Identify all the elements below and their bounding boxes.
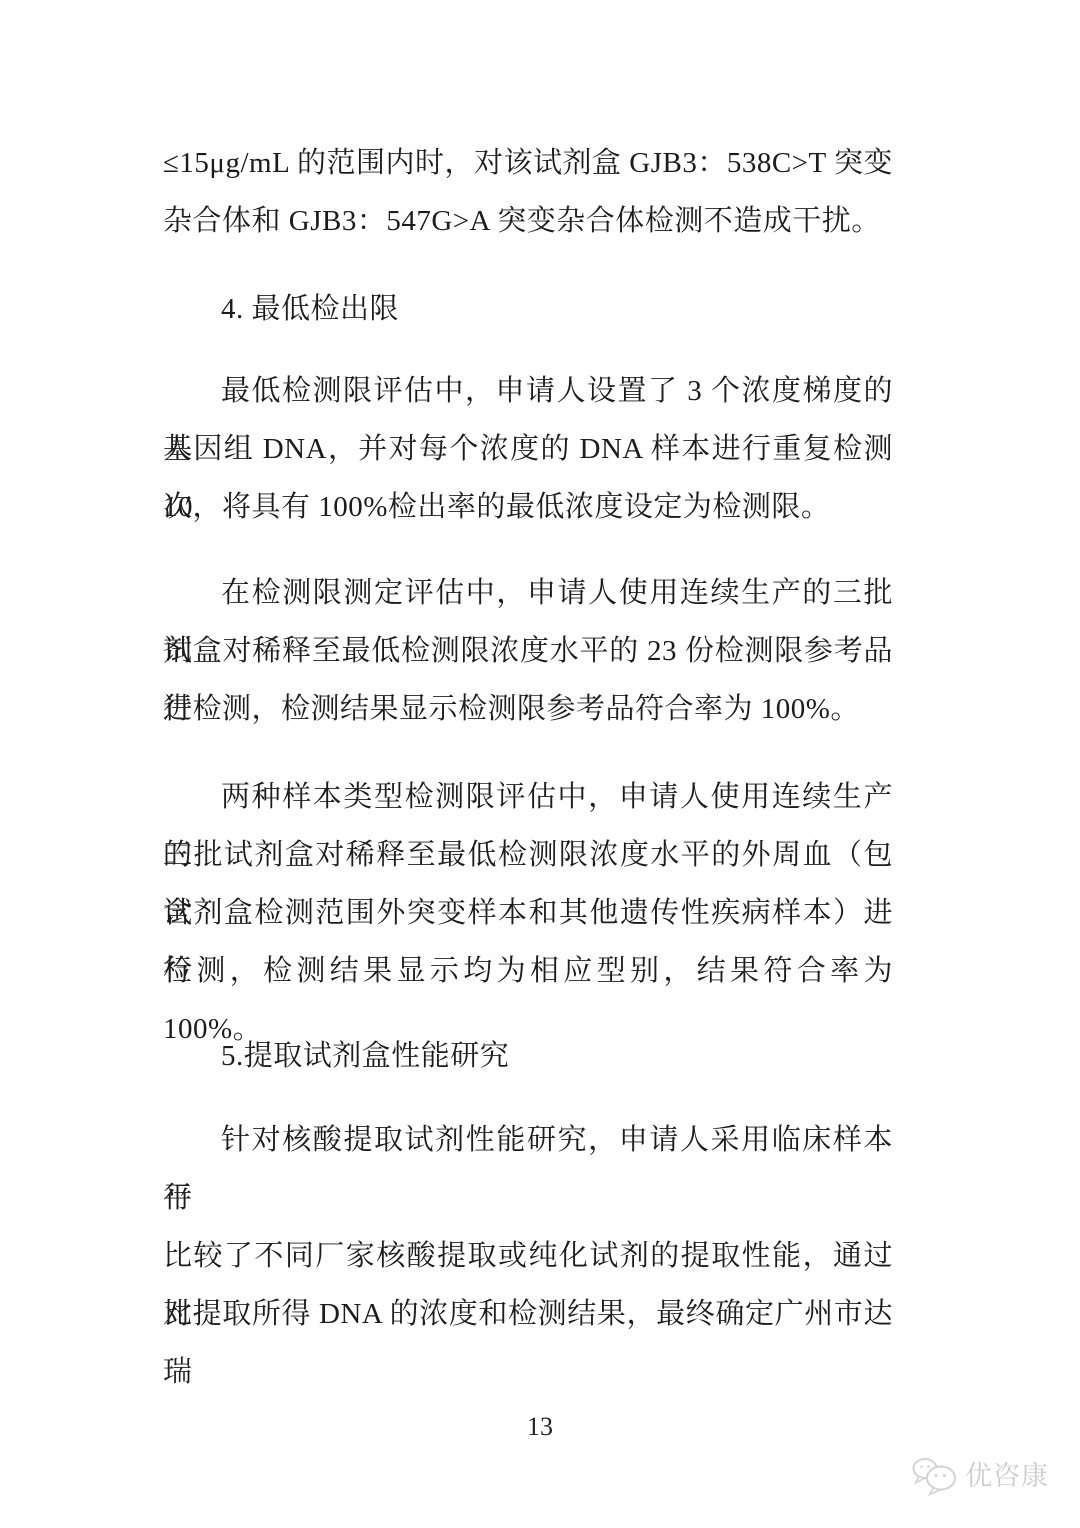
- watermark: 优咨康: [911, 1456, 1049, 1496]
- text-line: 剂盒对稀释至最低检测限浓度水平的 23 份检测限参考品进: [163, 622, 893, 680]
- text-line: 比提取所得 DNA 的浓度和检测结果，最终确定广州市达瑞: [163, 1285, 893, 1343]
- paragraph-interference-continuation: ≤15μg/mL 的范围内时，对该试剂盒 GJB3：538C>T 突变杂合体和 …: [163, 134, 893, 250]
- wechat-icon: [911, 1456, 958, 1496]
- paragraph-extraction-study-intro: 针对核酸提取试剂性能研究，申请人采用临床样本平行: [163, 1111, 893, 1227]
- text-line: 4. 最低检出限: [163, 280, 893, 338]
- text-line: 两种样本类型检测限评估中，申请人使用连续生产的: [163, 768, 893, 826]
- text-line: 在检测限测定评估中，申请人使用连续生产的三批试: [163, 564, 893, 622]
- paragraph-two-sample-types: 两种样本类型检测限评估中，申请人使用连续生产的三批试剂盒对稀释至最低检测限浓度水…: [163, 768, 893, 1000]
- heading-5-extraction-kit-study: 5.提取试剂盒性能研究: [163, 1027, 893, 1085]
- text-line: 试剂盒检测范围外突变样本和其他遗传性疾病样本）进行: [163, 884, 893, 942]
- watermark-brand: 优咨康: [965, 1456, 1049, 1496]
- text-line: 检测，检测结果显示均为相应型别，结果符合率为 100%。: [163, 942, 893, 1000]
- text-line: 比较了不同厂家核酸提取或纯化试剂的提取性能，通过对: [163, 1227, 893, 1285]
- paragraph-extraction-comparison: 比较了不同厂家核酸提取或纯化试剂的提取性能，通过对比提取所得 DNA 的浓度和检…: [163, 1227, 893, 1343]
- text-line: 最低检测限评估中，申请人设置了 3 个浓度梯度的人: [163, 362, 893, 420]
- text-line: ≤15μg/mL 的范围内时，对该试剂盒 GJB3：538C>T 突变: [163, 134, 893, 192]
- page-number: 13: [0, 1412, 1080, 1442]
- text-line: 三批试剂盒对稀释至最低检测限浓度水平的外周血（包含: [163, 826, 893, 884]
- text-line: 5.提取试剂盒性能研究: [163, 1027, 893, 1085]
- heading-4-lowest-detection-limit: 4. 最低检出限: [163, 280, 893, 338]
- document-page: ≤15μg/mL 的范围内时，对该试剂盒 GJB3：538C>T 突变杂合体和 …: [0, 0, 1080, 1528]
- text-line: 行检测，检测结果显示检测限参考品符合率为 100%。: [163, 680, 893, 738]
- text-line: 基因组 DNA，并对每个浓度的 DNA 样本进行重复检测 10: [163, 420, 893, 478]
- document-body: ≤15μg/mL 的范围内时，对该试剂盒 GJB3：538C>T 突变杂合体和 …: [163, 134, 893, 1343]
- text-line: 次，将具有 100%检出率的最低浓度设定为检测限。: [163, 478, 893, 536]
- paragraph-lod-reference-verification: 在检测限测定评估中，申请人使用连续生产的三批试剂盒对稀释至最低检测限浓度水平的 …: [163, 564, 893, 738]
- text-line: 杂合体和 GJB3：547G>A 突变杂合体检测不造成干扰。: [163, 192, 893, 250]
- paragraph-lod-gradient-setup: 最低检测限评估中，申请人设置了 3 个浓度梯度的人基因组 DNA，并对每个浓度的…: [163, 362, 893, 536]
- text-line: 针对核酸提取试剂性能研究，申请人采用临床样本平: [163, 1111, 893, 1169]
- text-line: 行: [163, 1169, 893, 1227]
